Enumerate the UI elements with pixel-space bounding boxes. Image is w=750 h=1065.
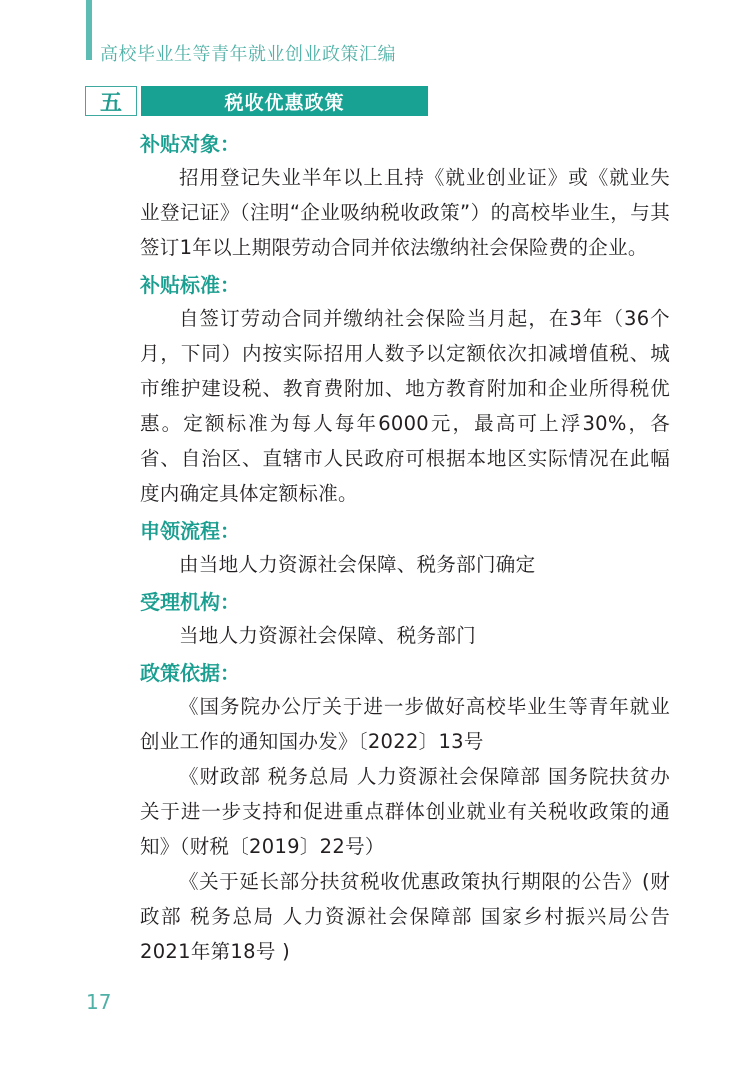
block-standard: 补贴标准： 自签订劳动合同并缴纳社会保险当月起，在3年（36个月，下同）内按实际… <box>140 269 670 511</box>
paragraph: 自签订劳动合同并缴纳社会保险当月起，在3年（36个月，下同）内按实际招用人数予以… <box>140 301 670 511</box>
block-process: 申领流程： 由当地人力资源社会保障、税务部门确定 <box>140 515 670 582</box>
section-header: 五 税收优惠政策 <box>85 86 428 116</box>
heading-standard: 补贴标准： <box>140 269 670 301</box>
paragraph: 招用登记失业半年以上且持《就业创业证》或《就业失业登记证》（注明“企业吸纳税收政… <box>140 160 670 265</box>
header-accent-bar <box>86 0 92 60</box>
paragraph: 由当地人力资源社会保障、税务部门确定 <box>140 547 670 582</box>
block-basis: 政策依据： 《国务院办公厅关于进一步做好高校毕业生等青年就业创业工作的通知国办发… <box>140 657 670 969</box>
running-title: 高校毕业生等青年就业创业政策汇编 <box>100 40 396 66</box>
section-number: 五 <box>85 86 137 116</box>
heading-basis: 政策依据： <box>140 657 670 689</box>
content: 补贴对象： 招用登记失业半年以上且持《就业创业证》或《就业失业登记证》（注明“企… <box>140 128 670 969</box>
section-title: 税收优惠政策 <box>141 86 428 116</box>
block-agency: 受理机构： 当地人力资源社会保障、税务部门 <box>140 586 670 653</box>
page-number: 17 <box>86 990 111 1014</box>
heading-agency: 受理机构： <box>140 586 670 618</box>
paragraph: 《财政部 税务总局 人力资源社会保障部 国务院扶贫办关于进一步支持和促进重点群体… <box>140 759 670 864</box>
heading-target: 补贴对象： <box>140 128 670 160</box>
heading-process: 申领流程： <box>140 515 670 547</box>
paragraph: 当地人力资源社会保障、税务部门 <box>140 618 670 653</box>
paragraph: 《关于延长部分扶贫税收优惠政策执行期限的公告》(财政部 税务总局 人力资源社会保… <box>140 864 670 969</box>
block-target: 补贴对象： 招用登记失业半年以上且持《就业创业证》或《就业失业登记证》（注明“企… <box>140 128 670 265</box>
paragraph: 《国务院办公厅关于进一步做好高校毕业生等青年就业创业工作的通知国办发》〔2022… <box>140 689 670 759</box>
